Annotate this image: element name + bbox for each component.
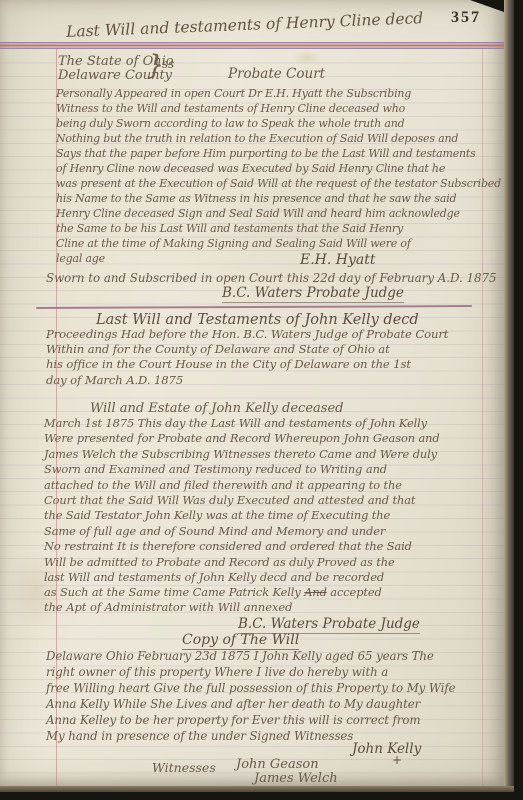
order-line: No restraint It is therefore considered …: [44, 539, 440, 554]
testimony-line: Henry Cline deceased Sign and Seal Said …: [56, 206, 501, 221]
testator-signature: John Kelly: [352, 741, 421, 757]
court-label: Probate Court: [228, 66, 325, 82]
struck-word: And: [304, 585, 327, 599]
order-line: last Will and testaments of John Kelly d…: [44, 570, 440, 585]
will-text-paragraph: Delaware Ohio February 23d 1875 I John K…: [46, 648, 456, 744]
book-page-edge: [504, 0, 514, 789]
cline-testimony-paragraph: Personally Appeared in open Court Dr E.H…: [56, 86, 501, 266]
kelly-proceedings-paragraph: Proceedings Had before the Hon. B.C. Wat…: [46, 327, 448, 388]
order-line: James Welch the Subscribing Witnesses th…: [44, 447, 440, 462]
order-line-with-strikethrough: as Such at the Same time Came Patrick Ke…: [44, 585, 382, 599]
testimony-line: Witness to the Will and testaments of He…: [56, 101, 501, 116]
judge-signature: B.C. Waters Probate Judge: [222, 285, 404, 303]
witnesses-label: Witnesses: [152, 760, 216, 775]
will-line: right owner of this property Where I liv…: [46, 664, 456, 680]
will-line: Delaware Ohio February 23d 1875 I John K…: [46, 648, 456, 664]
testator-x-mark: +: [392, 753, 402, 767]
order-line: Were presented for Probate and Record Wh…: [44, 431, 440, 446]
ledger-page: 357 Last Will and testaments of Henry Cl…: [0, 0, 504, 786]
order-last-line: the Apt of Administrator with Will annex…: [44, 600, 292, 614]
will-line: Anna Kelly While She Lives and after her…: [46, 696, 456, 712]
will-line: free Willing heart Give the full possess…: [46, 680, 456, 696]
testimony-line: of Henry Cline now deceased was Executed…: [56, 161, 501, 176]
strike-post-text: accepted: [327, 585, 382, 599]
order-line: Sworn and Examined and Testimony reduced…: [44, 462, 440, 477]
top-right-corner-shadow: [470, 0, 504, 12]
jurat-line: Sworn to and Subscribed in open Court th…: [46, 271, 497, 285]
testimony-line: Says that the paper before Him purportin…: [56, 146, 501, 161]
kelly-section-heading: Last Will and Testaments of John Kelly d…: [96, 312, 419, 328]
testimony-line: Cline at the time of Making Signing and …: [56, 236, 501, 251]
book-bottom-edge: [0, 786, 514, 792]
witness-name: James Welch: [254, 771, 338, 786]
testimony-line: was present at the Execution of Said Wil…: [56, 176, 501, 191]
header-rule: [0, 42, 504, 49]
testimony-line: being duly Sworn according to law to Spe…: [56, 116, 501, 131]
proceedings-line: Proceedings Had before the Hon. B.C. Wat…: [46, 327, 448, 342]
order-line: the Said Testator John Kelly was at the …: [44, 508, 440, 523]
proceedings-line: Within and for the County of Delaware an…: [46, 342, 448, 357]
strike-pre-text: as Such at the Same time Came Patrick Ke…: [44, 585, 304, 599]
order-line: Will be admitted to Probate and Record a…: [44, 555, 440, 570]
kelly-order-paragraph: March 1st 1875 This day the Last Will an…: [44, 416, 440, 585]
ledger-photo: 357 Last Will and testaments of Henry Cl…: [0, 0, 523, 800]
proceedings-line: his office in the Court House in the Cit…: [46, 357, 448, 372]
testimony-line: Personally Appeared in open Court Dr E.H…: [56, 86, 501, 101]
order-line: March 1st 1875 This day the Last Will an…: [44, 416, 440, 431]
witness-signature: E.H. Hyatt: [300, 252, 376, 268]
order-line: Court that the Said Will Was duly Execut…: [44, 493, 440, 508]
testimony-line: the Same to be his Last Will and testame…: [56, 221, 501, 236]
order-line: Same of full age and of Sound Mind and M…: [44, 524, 440, 539]
kelly-estate-heading: Will and Estate of John Kelly deceased: [90, 401, 343, 416]
testimony-line: legal age: [56, 251, 501, 266]
proceedings-line: day of March A.D. 1875: [46, 373, 448, 388]
venue-ss-mark: ss: [162, 57, 174, 71]
witness-name: John Geason: [236, 757, 319, 772]
will-line: Anna Kelley to be her property for Ever …: [46, 712, 456, 728]
paper-stain: [292, 50, 322, 66]
testimony-line: Nothing but the truth in relation to the…: [56, 131, 501, 146]
order-line: attached to the Will and filed therewith…: [44, 478, 440, 493]
page-title: Last Will and testaments of Henry Cline …: [66, 9, 424, 41]
testimony-line: his Name to the Same as Witness in his p…: [56, 191, 501, 206]
